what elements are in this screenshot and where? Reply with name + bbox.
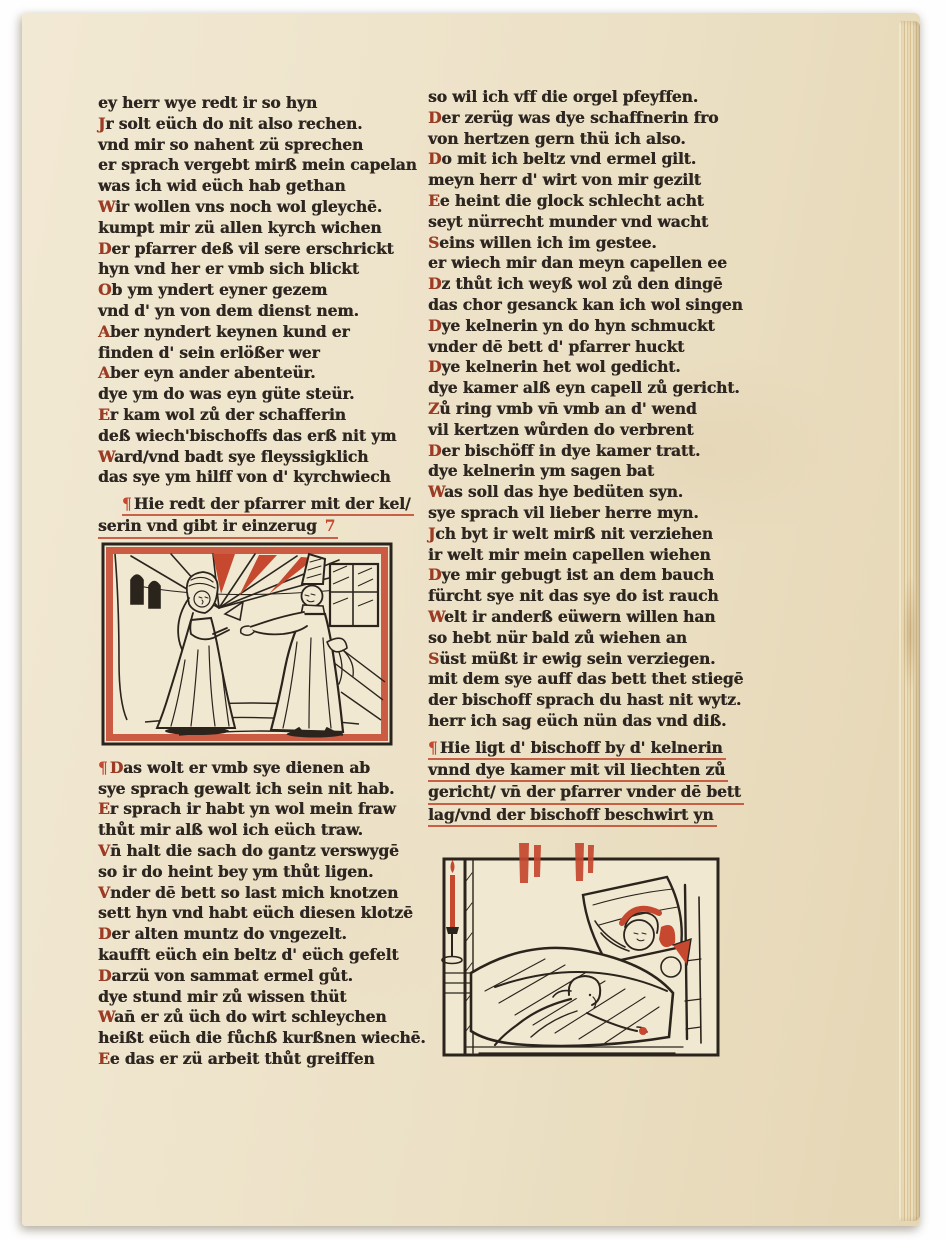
text-line: so ir do heint bey ym thůt ligen.: [98, 862, 422, 883]
text-line: ey herr wye redt ir so hyn: [98, 93, 422, 114]
text-line: gericht/ vn̄ der pfarrer vnder dē bett: [428, 782, 744, 804]
rubricated-initial: E: [428, 191, 440, 210]
text-column-left: ey herr wye redt ir so hynJr solt eüch d…: [98, 93, 422, 1070]
text-line: Wir wollen vns noch wol gleychē.: [98, 197, 422, 218]
text-line: ir welt mir mein capellen wiehen: [428, 545, 754, 566]
text-line: Ob ym yndert eyner gezem: [98, 280, 422, 301]
rubricated-initial: W: [98, 1007, 114, 1026]
rubricated-initial: D: [428, 316, 441, 335]
text-line: Der pfarrer deß vil sere erschrickt: [98, 239, 422, 260]
text-line: er wiech mir dan meyn capellen ee: [428, 253, 754, 274]
text-line: dye stund mir zů wissen thüt: [98, 987, 422, 1008]
text-line: Welt ir anderß eüwern willen han: [428, 607, 754, 628]
text-line: sye sprach vil lieber herre myn.: [428, 503, 754, 524]
rubricated-initial: W: [98, 447, 114, 466]
text-line: vnd mir so nahent zü sprechen: [98, 135, 422, 156]
text-line: fürcht sye nit das sye do ist rauch: [428, 586, 754, 607]
incunable-page: ey herr wye redt ir so hynJr solt eüch d…: [22, 13, 920, 1226]
text-line: das sye ym hilff von d' kyrchwiech: [98, 467, 422, 488]
text-line: Er kam wol zů der schafferin: [98, 405, 422, 426]
text-line: dye kamer alß eyn capell zů gericht.: [428, 378, 754, 399]
rubricated-initial: W: [428, 482, 444, 501]
text-line: von hertzen gern thü ich also.: [428, 129, 754, 150]
text-line: Er sprach ir habt yn wol mein fraw: [98, 799, 422, 820]
text-line: kumpt mir zü allen kyrch wichen: [98, 218, 422, 239]
text-line: Aber nyndert keynen kund er: [98, 322, 422, 343]
rubric-right: ¶Hie ligt d' bischoff by d' kelnerinvnnd…: [428, 738, 754, 827]
rubricated-initial: D: [98, 924, 111, 943]
book-fore-edge: [899, 21, 920, 1221]
text-line: serin vnd gibt ir einzerug7: [98, 516, 338, 538]
rubricated-initial: D: [98, 239, 111, 258]
text-line: Darzü von sammat ermel gůt.: [98, 966, 422, 987]
text-line: sye sprach gewalt ich sein nit hab.: [98, 779, 422, 800]
text-line: vnder dē bett d' pfarrer huckt: [428, 337, 754, 358]
rubricated-initial: D: [428, 357, 441, 376]
text-line: Wan̄ er zů üch do wirt schleychen: [98, 1007, 422, 1028]
text-line: vil kertzen wůrden do verbrent: [428, 420, 754, 441]
rubricated-initial: D: [98, 966, 111, 985]
rubricated-initial: E: [98, 799, 110, 818]
verse-block-right-1: so wil ich vff die orgel pfeyffen.Der ze…: [428, 87, 754, 732]
rubricated-initial: V: [98, 883, 110, 902]
rubric-left: ¶Hie redt der pfarrer mit der kel/serin …: [98, 494, 422, 539]
text-line: hyn vnd her er vmb sich blickt: [98, 259, 422, 280]
rubricated-initial: E: [98, 1049, 110, 1068]
verse-block-left-1: ey herr wye redt ir so hynJr solt eüch d…: [98, 93, 422, 488]
rubricated-initial: E: [98, 405, 110, 424]
text-line: so hebt nür bald zů wiehen an: [428, 628, 754, 649]
text-line: ¶Das wolt er vmb sye dienen ab: [98, 758, 422, 779]
text-line: finden d' sein erlößer wer: [98, 343, 422, 364]
text-line: Vnder dē bett so last mich knotzen: [98, 883, 422, 904]
text-line: Dye kelnerin yn do hyn schmuckt: [428, 316, 754, 337]
text-line: seyt nürrecht munder vnd wacht: [428, 212, 754, 233]
text-line: was ich wid eüch hab gethan: [98, 176, 422, 197]
text-line: Jr solt eüch do nit also rechen.: [98, 114, 422, 135]
rubricated-initial: V: [98, 841, 110, 860]
rubricated-initial: A: [98, 322, 110, 341]
text-line: Süst müßt ir ewig sein verziegen.: [428, 649, 754, 670]
text-line: Ee das er zü arbeit thůt greiffen: [98, 1049, 422, 1070]
rubricated-initial: O: [98, 280, 111, 299]
text-line: das chor gesanck kan ich wol singen: [428, 295, 754, 316]
rubric-end-mark: 7: [325, 516, 336, 535]
pilcrow-mark: ¶: [428, 738, 438, 757]
text-line: ¶Hie redt der pfarrer mit der kel/: [122, 494, 414, 516]
rubricated-initial: J: [98, 114, 105, 133]
rubricated-initial: A: [98, 363, 110, 382]
text-line: Vn̄ halt die sach do gantz verswygē: [98, 841, 422, 862]
text-line: dye kelnerin ym sagen bat: [428, 461, 754, 482]
text-line: Der zerüg was dye schaffnerin fro: [428, 108, 754, 129]
text-line: vnd d' yn von dem dienst nem.: [98, 301, 422, 322]
text-column-right: so wil ich vff die orgel pfeyffen.Der ze…: [428, 87, 754, 1069]
text-line: Zů ring vmb vn̄ vmb an d' wend: [428, 399, 754, 420]
text-line: dye ym do was eyn güte steür.: [98, 384, 422, 405]
text-line: Do mit ich beltz vnd ermel gilt.: [428, 149, 754, 170]
text-line: herr ich sag eüch nün das vnd diß.: [428, 711, 754, 732]
rubricated-initial: D: [428, 149, 441, 168]
text-line: Jch byt ir welt mirß nit verziehen: [428, 524, 754, 545]
rubricated-initial: D: [110, 758, 123, 777]
woodcut-parson-speaks-with-kelnerin: [101, 542, 422, 750]
text-line: Was soll das hye bedüten syn.: [428, 482, 754, 503]
text-line: ¶Hie ligt d' bischoff by d' kelnerin: [428, 738, 726, 760]
rubricated-initial: D: [428, 441, 441, 460]
pilcrow-mark: ¶: [98, 758, 108, 777]
text-line: mit dem sye auff das bett thet stiegē: [428, 669, 754, 690]
woodcut-bishop-in-bed-parson-under-bed: [435, 841, 754, 1069]
text-line: der bischoff sprach du hast nit wytz.: [428, 690, 754, 711]
text-line: Dz thůt ich weyß wol zů den dingē: [428, 274, 754, 295]
rubricated-initial: W: [98, 197, 115, 216]
rubricated-initial: D: [428, 108, 441, 127]
rubricated-initial: D: [428, 274, 441, 293]
pilcrow-mark: ¶: [122, 494, 132, 513]
rubricated-initial: Z: [428, 399, 439, 418]
rubricated-initial: S: [428, 233, 439, 252]
text-line: Seins willen ich im gestee.: [428, 233, 754, 254]
text-line: Ee heint die glock schlecht acht: [428, 191, 754, 212]
text-line: thůt mir alß wol ich eüch traw.: [98, 820, 422, 841]
text-line: er sprach vergebt mirß mein capelan: [98, 155, 422, 176]
text-line: Der bischöff in dye kamer tratt.: [428, 441, 754, 462]
text-line: vnnd dye kamer mit vil liechten zů: [428, 760, 728, 782]
text-line: Aber eyn ander abenteür.: [98, 363, 422, 384]
text-line: Ward/vnd badt sye fleyssigklich: [98, 447, 422, 468]
text-line: so wil ich vff die orgel pfeyffen.: [428, 87, 754, 108]
text-line: heißt eüch die fůchß kurßnen wiechē.: [98, 1028, 422, 1049]
text-line: Der alten muntz do vngezelt.: [98, 924, 422, 945]
text-line: Dye kelnerin het wol gedicht.: [428, 357, 754, 378]
text-line: lag/vnd der bischoff beschwirt yn: [428, 805, 717, 827]
text-line: meyn herr d' wirt von mir gezilt: [428, 170, 754, 191]
fore-edge-stain: [902, 573, 918, 693]
text-line: kaufft eüch ein beltz d' eüch gefelt: [98, 945, 422, 966]
rubricated-initial: W: [428, 607, 444, 626]
text-line: sett hyn vnd habt eüch diesen klotzē: [98, 903, 422, 924]
rubricated-initial: J: [428, 524, 435, 543]
book-scan: ey herr wye redt ir so hynJr solt eüch d…: [0, 0, 945, 1240]
rubricated-initial: S: [428, 649, 439, 668]
verse-block-left-2: ¶Das wolt er vmb sye dienen absye sprach…: [98, 758, 422, 1070]
rubricated-initial: D: [428, 565, 441, 584]
text-line: Dye mir gebugt ist an dem bauch: [428, 565, 754, 586]
text-line: deß wiech'bischoffs das erß nit ym: [98, 426, 422, 447]
